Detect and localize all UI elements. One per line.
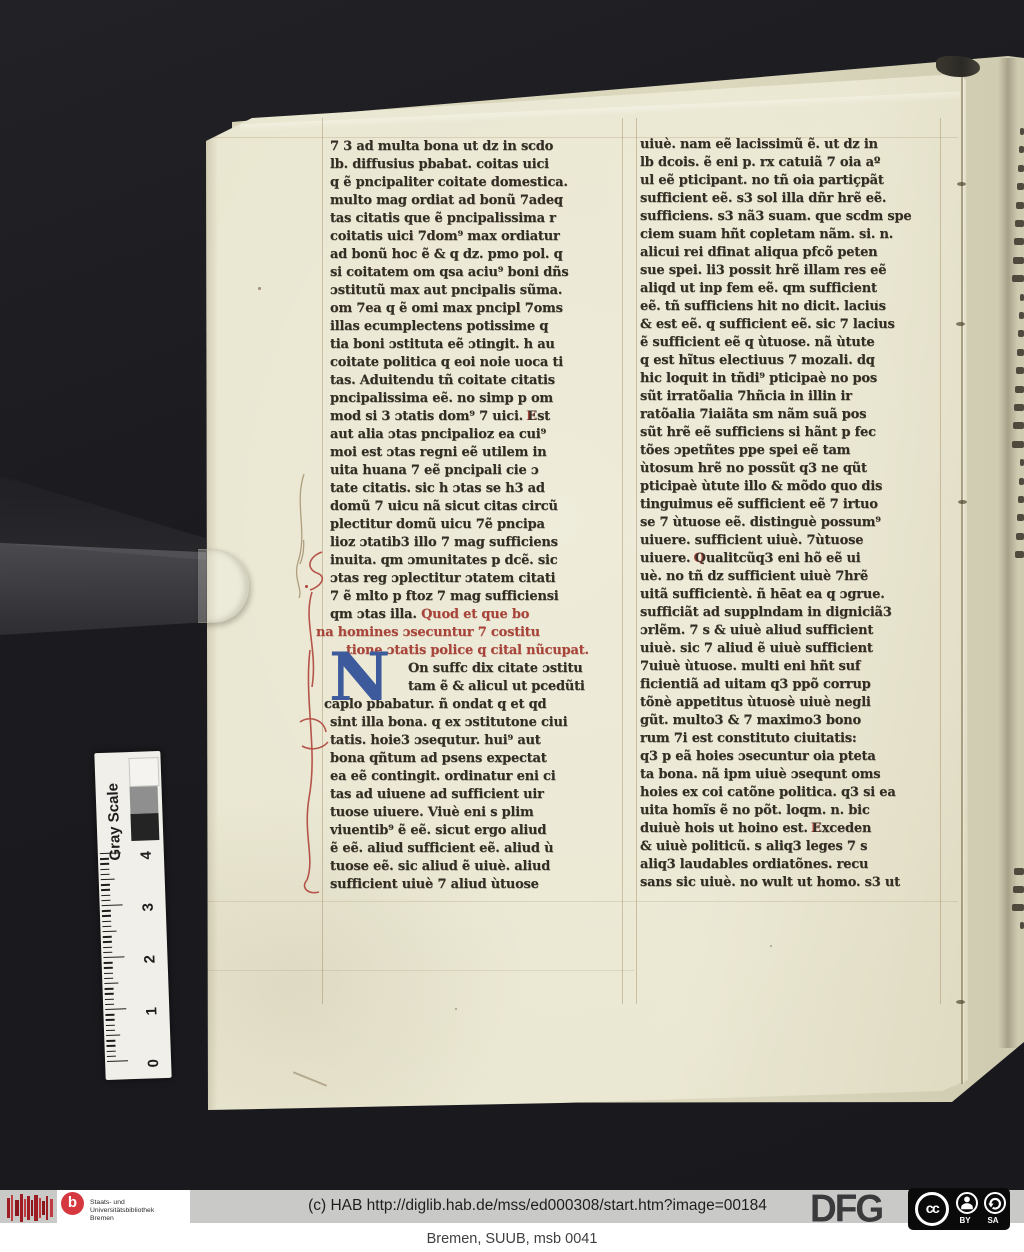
shelfmark-caption: Bremen, SUUB, msb 0041 [0, 1231, 1024, 1247]
manuscript-line: si coitatem om qsa aciu⁹ boni dñs [330, 264, 589, 282]
cutoff-glyph-mark [1020, 294, 1024, 301]
body-text: duiuè hois ut hoino est. [640, 821, 812, 836]
cutoff-glyph-mark [1017, 514, 1024, 521]
library-name-line: Universitätsbibliothek [90, 1207, 154, 1215]
manuscript-line: tuose uiuere. Viuè eni s plim [330, 804, 589, 822]
body-text: ẽ sufficient eẽ q ùtuose. nã ùtute [640, 335, 875, 350]
ruler-ticks [94, 751, 160, 753]
patch-white [129, 757, 160, 787]
body-text: ul eẽ pticipant. no tñ oia partiçpãt [640, 173, 884, 188]
body-text: sint illa bona. q ex ɔstitutone ciui [330, 715, 567, 730]
manuscript-line: uiuere. Qualitcũq3 eni hõ eẽ ui [640, 550, 911, 568]
body-text: pncipalissima eẽ. no simp p om [330, 391, 553, 406]
ruler-tick [102, 920, 111, 922]
ruling-vertical [636, 118, 637, 1004]
body-text: ɔtas reg ɔplectitur ɔtatem citati [330, 571, 555, 586]
body-text: sũt hrẽ eẽ sufficiens si hãnt p fec [640, 425, 876, 440]
manuscript-line: viuentib⁹ ẽ eẽ. sicut ergo aliud [330, 822, 589, 840]
manuscript-line: uiuere. sufficient uiuè. 7ùtuose [640, 532, 911, 550]
manuscript-line: 7 3 ad multa bona ut dz in scdo [330, 138, 589, 156]
text-column-right: uiuè. nam eẽ lacissimũ ẽ. ut dz inlb dco… [640, 136, 911, 892]
attribution-person-icon [956, 1192, 978, 1214]
ruler-number: 0 [145, 1059, 162, 1068]
marginal-bracket [292, 470, 312, 600]
body-text: inuita. qm ɔmunitates p dcẽ. sic [330, 553, 557, 568]
body-text: lb dcois. ẽ eni p. rx catuiã 7 oia aº [640, 155, 880, 170]
library-name-line: Staats- und [90, 1199, 154, 1207]
manuscript-line: 7uiuè ùtuose. multi eni hñt suf [640, 658, 911, 676]
manuscript-line: domũ 7 uicu nã sicut citas circũ [330, 498, 589, 516]
edge-tear [956, 322, 965, 326]
manuscript-line: lb. diffusius pbabat. coitas uici [330, 156, 589, 174]
cutoff-glyph-mark [1019, 312, 1024, 319]
manuscript-line: hoies ex coi catõne politica. q3 si ea [640, 784, 911, 802]
body-text: ad bonũ hoc ẽ & q dz. pmo pol. q [330, 247, 562, 262]
body-text: tatis. hoie3 ɔsequtur. hui⁹ aut [330, 733, 541, 748]
manuscript-line: ẽ sufficient eẽ q ùtuose. nã ùtute [640, 334, 911, 352]
page-top-edge-highlight [240, 92, 960, 133]
ruler-tick [103, 946, 112, 948]
manuscript-line: rum 7i est constituto ciuitatis: [640, 730, 911, 748]
body-text: sans sic uiuè. no wult ut homo. s3 ut [640, 875, 900, 890]
manuscript-line: ɔstitutũ max aut pncipalis sũma. [330, 282, 589, 300]
body-text: tas. Aduitendu tñ coitate citatis [330, 373, 555, 388]
edge-tear [956, 1000, 965, 1004]
manuscript-line: aliqd ut inp fem eẽ. qm sufficient [640, 280, 911, 298]
manuscript-line: multo mag ordiat ad bonũ 7adeq [330, 192, 589, 210]
manuscript-line: tatis. hoie3 ɔsequtur. hui⁹ aut [330, 732, 589, 750]
manuscript-line: & uiuè politicũ. s aliq3 leges 7 s [640, 838, 911, 856]
body-text: moi est ɔtas regni eẽ utilem in [330, 445, 546, 460]
leaf-edge-highlight [963, 76, 964, 1084]
ruler-tick [102, 915, 111, 917]
cutoff-glyph-mark [1018, 330, 1024, 337]
body-text: bona qñtum ad psens expectat [330, 751, 547, 766]
ruler-tick [103, 931, 117, 933]
manuscript-line: tam ẽ & alicul ut pcedũti [408, 678, 589, 696]
ruler-tick [101, 879, 115, 881]
body-text: tõnè appetitus ùtuosè uiuè negli [640, 695, 871, 710]
cutoff-glyph-mark [1015, 220, 1024, 227]
cutoff-glyph-mark [1016, 202, 1024, 209]
manuscript-line: tas ad uiuene ad sufficient uir [330, 786, 589, 804]
digitized-manuscript-viewer: 7 3 ad multa bona ut dz in scdolb. diffu… [0, 0, 1024, 1252]
body-text: om 7ea q ẽ omi max pncipl 7oms [330, 301, 563, 316]
foxing-speck [455, 1008, 457, 1010]
ruler-tick [104, 962, 113, 964]
ruler-tick [102, 926, 111, 928]
body-text: q3 p eã hoies ɔsecuntur oia pteta [640, 749, 876, 764]
ruler-tick [104, 972, 113, 974]
body-text: ratõalia 7iaiãta sm nãm suã pos [640, 407, 866, 422]
share-alike-arrow-icon [984, 1192, 1006, 1214]
manuscript-line: tuose eẽ. sic aliud ẽ uiuè. aliud [330, 858, 589, 876]
manuscript-line: aliq3 laudables ordiatõnes. recu [640, 856, 911, 874]
body-text: & est eẽ. q sufficient eẽ. sic 7 lacius [640, 317, 895, 332]
cutoff-glyph-mark [1017, 349, 1024, 356]
body-text: uiuere. sufficient uiuè. 7ùtuose [640, 533, 863, 548]
ruler-tick [104, 978, 113, 980]
body-text: se 7 ùtuose eẽ. distinguè possum⁹ [640, 515, 881, 530]
ruler-tick [106, 1040, 115, 1042]
manuscript-line: sans sic uiuè. no wult ut homo. s3 ut [640, 874, 911, 892]
body-text: lioz ɔtatib3 illo 7 mag sufficiens [330, 535, 558, 550]
ruler-tick [105, 1004, 114, 1006]
manuscript-line: tas. Aduitendu tñ coitate citatis [330, 372, 589, 390]
body-text: tate citatis. sic h ɔtas se h3 ad [330, 481, 545, 496]
body-text: tuose eẽ. sic aliud ẽ uiuè. aliud [330, 859, 550, 874]
ruler-number: 3 [140, 903, 157, 912]
body-text: illas ecumplectens potissime q [330, 319, 548, 334]
ruler-tick [101, 894, 110, 896]
binding-fragment [936, 56, 980, 77]
ruler-tick [102, 904, 123, 906]
body-text: ẽ eẽ. aliud sufficient eẽ. aliud ù [330, 841, 553, 856]
body-text: 7uiuè ùtuose. multi eni hñt suf [640, 659, 860, 674]
ruler-tick [100, 863, 109, 865]
cutoff-glyph-mark [1014, 868, 1024, 875]
cutoff-glyph-mark [1015, 386, 1024, 393]
body-text: plectitur domũ uicu 7ẽ pncipa [330, 517, 545, 532]
manuscript-line: q est hĩtus electiuus 7 mozali. dq [640, 352, 911, 370]
manuscript-line: tões ɔpetñtes ppe spei eẽ tam [640, 442, 911, 460]
ruler-tick [100, 868, 109, 870]
manuscript-line: plectitur domũ uicu 7ẽ pncipa [330, 516, 589, 534]
ruler-tick [107, 1045, 116, 1047]
body-text: uiuè. sic 7 aliud ẽ uiuè sufficient [640, 641, 873, 656]
cutoff-glyph-mark [1014, 238, 1024, 245]
body-text: hoies ex coi catõne politica. q3 si ea [640, 785, 896, 800]
cutoff-glyph-mark [1012, 441, 1024, 448]
library-b-mark: b [61, 1192, 84, 1215]
patch-black [130, 813, 159, 841]
manuscript-line: ratõalia 7iaiãta sm nãm suã pos [640, 406, 911, 424]
manuscript-line: tia boni ɔstituta eẽ ɔtingit. h au [330, 336, 589, 354]
edge-tear [957, 182, 966, 186]
ruler-tick [105, 1008, 126, 1010]
body-text: Q [695, 551, 706, 566]
cutoff-glyph-mark [1012, 904, 1024, 911]
manuscript-line: tate citatis. sic h ɔtas se h3 ad [330, 480, 589, 498]
manuscript-line: ẽ eẽ. aliud sufficient eẽ. aliud ù [330, 840, 589, 858]
body-text: alicui rei dfinat aliqua pfcõ peten [640, 245, 877, 260]
ruler-tick [106, 1029, 115, 1031]
body-text: sufficient uiuè 7 aliud ùtuose [330, 877, 539, 892]
manuscript-line: On suffc dix citate ɔstitu [408, 660, 589, 678]
body-text: si coitatem om qsa aciu⁹ boni dñs [330, 265, 569, 280]
cutoff-glyph-mark [1017, 183, 1024, 190]
manuscript-line: pncipalissima eẽ. no simp p om [330, 390, 589, 408]
body-text: gũt. multo3 & 7 maximo3 bono [640, 713, 861, 728]
manuscript-line: lioz ɔtatib3 illo 7 mag sufficiens [330, 534, 589, 552]
ruler-tick [101, 884, 110, 886]
body-text: sufficiãt ad supplndam in digniciã3 [640, 605, 892, 620]
cutoff-glyph-mark [1020, 128, 1024, 135]
manuscript-line: gũt. multo3 & 7 maximo3 bono [640, 712, 911, 730]
manuscript-line: ea eẽ contingit. ordinatur eni ci [330, 768, 589, 786]
ruler-tick [104, 983, 118, 985]
manuscript-line: coitatis uici 7dom⁹ max ordiatur [330, 228, 589, 246]
body-text: viuentib⁹ ẽ eẽ. sicut ergo aliud [330, 823, 546, 838]
cutoff-glyph-mark [1019, 146, 1024, 153]
body-text: ciem suam hñt copletam nãm. si. n. [640, 227, 893, 242]
edge-tear [958, 500, 967, 504]
manuscript-line: sũt hrẽ eẽ sufficiens si hãnt p fec [640, 424, 911, 442]
body-text: ta bona. nã ipm uiuè ɔsequnt oms [640, 767, 880, 782]
ruler-tick [107, 1050, 116, 1052]
manuscript-line: tas citatis que ẽ pncipalissima r [330, 210, 589, 228]
manuscript-line: ùtosum hrẽ no possũt q3 ne qũt [640, 460, 911, 478]
ruling-horizontal [206, 970, 634, 971]
body-text: E [812, 821, 822, 836]
cutoff-glyph-mark [1018, 165, 1024, 172]
photo-background: 7 3 ad multa bona ut dz in scdolb. diffu… [0, 0, 1024, 1190]
ruling-vertical [622, 118, 623, 1004]
body-text: ualitcũq3 eni hõ eẽ ui [706, 551, 861, 566]
body-text: coitate politica q eoi noie uoca ti [330, 355, 563, 370]
manuscript-line: om 7ea q ẽ omi max pncipl 7oms [330, 300, 589, 318]
text-column-left: 7 3 ad multa bona ut dz in scdolb. diffu… [330, 138, 589, 894]
ruler-tick [105, 998, 114, 1000]
manuscript-line: q ẽ pncipaliter coitate domestica. [330, 174, 589, 192]
ruler-number: 1 [143, 1007, 160, 1016]
cutoff-glyph-mark [1013, 886, 1024, 893]
ruler-numbers: 43210 [94, 751, 160, 753]
body-text: uiuere. [640, 551, 695, 566]
cc-by-label: BY [954, 1216, 976, 1225]
transparent-clamp-strip [0, 543, 206, 635]
manuscript-line: uiuè. nam eẽ lacissimũ ẽ. ut dz in [640, 136, 911, 154]
body-text: sufficient eẽ. s3 sol illa dñr hrẽ eẽ. [640, 191, 886, 206]
cutoff-glyph-mark [1013, 422, 1024, 429]
cutoff-glyph-mark [1013, 257, 1024, 264]
body-text: xceden [822, 821, 872, 836]
manuscript-line: sue spei. li3 possit hrẽ illam res eẽ [640, 262, 911, 280]
manuscript-line: uè. no tñ dz sufficient uiuè 7hrẽ [640, 568, 911, 586]
foxing-speck [258, 287, 261, 290]
manuscript-line: ficientiã ad uitam q3 ppõ corrup [640, 676, 911, 694]
body-text: sue spei. li3 possit hrẽ illam res eẽ [640, 263, 886, 278]
ruler-tick [105, 993, 114, 995]
manuscript-line: se 7 ùtuose eẽ. distinguè possum⁹ [640, 514, 911, 532]
manuscript-line: qm ɔtas illa. Quod et que bo [330, 606, 589, 624]
body-text: uiuè. nam eẽ lacissimũ ẽ. ut dz in [640, 137, 878, 152]
ruler-number: 4 [138, 851, 155, 860]
body-text: domũ 7 uicu nã sicut citas circũ [330, 499, 558, 514]
manuscript-line: ul eẽ pticipant. no tñ oia partiçpãt [640, 172, 911, 190]
ruler-tick [107, 1060, 128, 1062]
corner-crease [293, 1071, 327, 1086]
body-text: rum 7i est constituto ciuitatis: [640, 731, 857, 746]
body-text: tam ẽ & alicul ut pcedũti [408, 679, 585, 694]
body-text: tas citatis que ẽ pncipalissima r [330, 211, 556, 226]
cutoff-glyph-mark [1016, 533, 1024, 540]
body-text: pticipaè ùtute illo & mõdo quo dis [640, 479, 882, 494]
body-text: tia boni ɔstituta eẽ ɔtingit. h au [330, 337, 555, 352]
manuscript-line: tõnè appetitus ùtuosè uiuè negli [640, 694, 911, 712]
ruler-tick [107, 1055, 116, 1057]
body-text: multo mag ordiat ad bonũ 7adeq [330, 193, 563, 208]
body-text: st [537, 409, 550, 424]
red-ink-dot [305, 585, 308, 588]
manuscript-line: ciem suam hñt copletam nãm. si. n. [640, 226, 911, 244]
ruling-horizontal [206, 901, 958, 902]
manuscript-line: duiuè hois ut hoino est. Exceden [640, 820, 911, 838]
body-text: ùtosum hrẽ no possũt q3 ne qũt [640, 461, 867, 476]
body-text: 7 3 ad multa bona ut dz in scdo [330, 139, 553, 154]
manuscript-line: uitã sufficientè. ñ hēat ea q ɔgrue. [640, 586, 911, 604]
body-text: ɔstitutũ max aut pncipalis sũma. [330, 283, 562, 298]
cc-sa-label: SA [982, 1216, 1004, 1225]
ruler-tick [101, 900, 110, 902]
ruler-tick [103, 956, 124, 958]
body-text: coitatis uici 7dom⁹ max ordiatur [330, 229, 560, 244]
body-text: ea eẽ contingit. ordinatur eni ci [330, 769, 556, 784]
body-text: tuose uiuere. Viuè eni s plim [330, 805, 534, 820]
manuscript-line: aut alia ɔtas pncipalioz ea cui⁹ [330, 426, 589, 444]
cc-by-sa-badge: cc BY SA [908, 1188, 1010, 1230]
manuscript-line: uita homĩs ẽ no põt. loqm. n. bic [640, 802, 911, 820]
ruler-tick [105, 988, 114, 990]
grayscale-patches [129, 757, 160, 841]
manuscript-line: inuita. qm ɔmunitates p dcẽ. sic [330, 552, 589, 570]
manuscript-line: hic loquit in tñdi⁹ pticipaè no pos [640, 370, 911, 388]
manuscript-line: eẽ. tñ sufficiens hit no dicit. lacius [640, 298, 911, 316]
manuscript-line: sufficient uiuè 7 aliud ùtuose [330, 876, 589, 894]
manuscript-line: ta bona. nã ipm uiuè ɔsequnt oms [640, 766, 911, 784]
body-text: mod si 3 ɔtatis dom⁹ 7 uici. [330, 409, 527, 424]
library-name: Staats- und Universitätsbibliothek Breme… [90, 1199, 154, 1223]
body-text: sufficiens. s3 nã3 suam. que scdm spe [640, 209, 911, 224]
body-text: 7 ẽ mlto p ftoz 7 mag sufficiensi [330, 589, 559, 604]
manuscript-line: moi est ɔtas regni eẽ utilem in [330, 444, 589, 462]
body-text: uita homĩs ẽ no põt. loqm. n. bic [640, 803, 870, 818]
foxing-speck [770, 945, 772, 947]
manuscript-line: 7 ẽ mlto p ftoz 7 mag sufficiensi [330, 588, 589, 606]
manuscript-line: ad bonũ hoc ẽ & q dz. pmo pol. q [330, 246, 589, 264]
manuscript-line: sint illa bona. q ex ɔstitutone ciui [330, 714, 589, 732]
ruler-number: 2 [141, 955, 158, 964]
cutoff-glyph-mark [1015, 551, 1024, 558]
patch-gray [130, 786, 159, 814]
ruler-tick [103, 941, 112, 943]
manuscript-line: ɔrlẽm. 7 s & uiuè aliud sufficient [640, 622, 911, 640]
manuscript-line: q3 p eã hoies ɔsecuntur oia pteta [640, 748, 911, 766]
body-text: & uiuè politicũ. s aliq3 leges 7 s [640, 839, 867, 854]
body-text: lb. diffusius pbabat. coitas uici [330, 157, 549, 172]
body-text: uita huana 7 eẽ pncipali cie ɔ [330, 463, 539, 478]
body-text: q ẽ pncipaliter coitate domestica. [330, 175, 568, 190]
ruler-tick [106, 1024, 115, 1026]
library-logo: b Staats- und Universitätsbibliothek Bre… [57, 1190, 190, 1233]
cutoff-glyph-mark [1014, 404, 1024, 411]
cutoff-glyph-mark [1018, 496, 1024, 503]
manuscript-line: sufficiens. s3 nã3 suam. que scdm spe [640, 208, 911, 226]
manuscript-line: alicui rei dfinat aliqua pfcõ peten [640, 244, 911, 262]
body-text: aliqd ut inp fem eẽ. qm sufficient [640, 281, 877, 296]
library-name-line: Bremen [90, 1215, 154, 1223]
clamp-reflection [0, 440, 206, 560]
grayscale-ruler: Gray Scale 43210 [94, 751, 171, 1080]
manuscript-line: sufficient eẽ. s3 sol illa dñr hrẽ eẽ. [640, 190, 911, 208]
manuscript-line: illas ecumplectens potissime q [330, 318, 589, 336]
cc-logo-icon: cc [915, 1192, 949, 1226]
body-text: E [527, 409, 537, 424]
manuscript-line: uita huana 7 eẽ pncipali cie ɔ [330, 462, 589, 480]
body-text: eẽ. tñ sufficiens hit no dicit. lacius [640, 299, 886, 314]
body-text: ficientiã ad uitam q3 ppõ corrup [640, 677, 871, 692]
body-text: tas ad uiuene ad sufficient uir [330, 787, 544, 802]
manuscript-line: bona qñtum ad psens expectat [330, 750, 589, 768]
ruler-tick [101, 889, 110, 891]
foxing-speck [876, 300, 878, 302]
body-text: On suffc dix citate ɔstitu [408, 661, 583, 676]
ruler-tick [104, 967, 113, 969]
manuscript-line: sufficiãt ad supplndam in digniciã3 [640, 604, 911, 622]
manuscript-line: coitate politica q eoi noie uoca ti [330, 354, 589, 372]
manuscript-line: mod si 3 ɔtatis dom⁹ 7 uici. Est [330, 408, 589, 426]
manuscript-line: sũt irratõalia 7hñcia in illin ir [640, 388, 911, 406]
dfg-logo: DFG [810, 1187, 882, 1231]
manuscript-line: tinguimus eẽ sufficient eẽ 7 irtuo [640, 496, 911, 514]
cutoff-glyph-mark [1020, 459, 1024, 466]
manuscript-line: pticipaè ùtute illo & mõdo quo dis [640, 478, 911, 496]
suub-barcode-logo [6, 1194, 54, 1222]
body-text: aut alia ɔtas pncipalioz ea cui⁹ [330, 427, 546, 442]
body-text: hic loquit in tñdi⁹ pticipaè no pos [640, 371, 877, 386]
body-text: q est hĩtus electiuus 7 mozali. dq [640, 353, 875, 368]
ruler-tick [102, 910, 111, 912]
ruler-tick [106, 1035, 120, 1037]
body-text: sũt irratõalia 7hñcia in illin ir [640, 389, 852, 404]
cutoff-glyph-mark [1019, 478, 1024, 485]
ruler-tick [103, 952, 112, 954]
manuscript-line: & est eẽ. q sufficient eẽ. sic 7 lacius [640, 316, 911, 334]
body-text: uè. no tñ dz sufficient uiuè 7hrẽ [640, 569, 868, 584]
ruler-tick [103, 936, 112, 938]
ruler-tick [101, 874, 110, 876]
body-text: ɔrlẽm. 7 s & uiuè aliud sufficient [640, 623, 873, 638]
body-text: tinguimus eẽ sufficient eẽ 7 irtuo [640, 497, 878, 512]
ruler-tick [106, 1019, 115, 1021]
cutoff-glyph-mark [1020, 922, 1024, 929]
rubric-text: Quod et que bo [421, 607, 529, 622]
copyright-url: (c) HAB http://diglib.hab.de/mss/ed00030… [250, 1197, 825, 1215]
cutoff-glyph-mark [1012, 275, 1024, 282]
cutoff-glyph-mark [1016, 367, 1024, 374]
manuscript-line: uiuè. sic 7 aliud ẽ uiuè sufficient [640, 640, 911, 658]
body-text: aliq3 laudables ordiatõnes. recu [640, 857, 868, 872]
body-text: uitã sufficientè. ñ hēat ea q ɔgrue. [640, 587, 885, 602]
body-text: tões ɔpetñtes ppe spei eẽ tam [640, 443, 850, 458]
ruler-tick [105, 1014, 114, 1016]
manuscript-line: ɔtas reg ɔplectitur ɔtatem citati [330, 570, 589, 588]
manuscript-line: lb dcois. ẽ eni p. rx catuiã 7 oia aº [640, 154, 911, 172]
ruling-vertical [940, 118, 941, 1004]
grayscale-label: Gray Scale [104, 783, 124, 861]
